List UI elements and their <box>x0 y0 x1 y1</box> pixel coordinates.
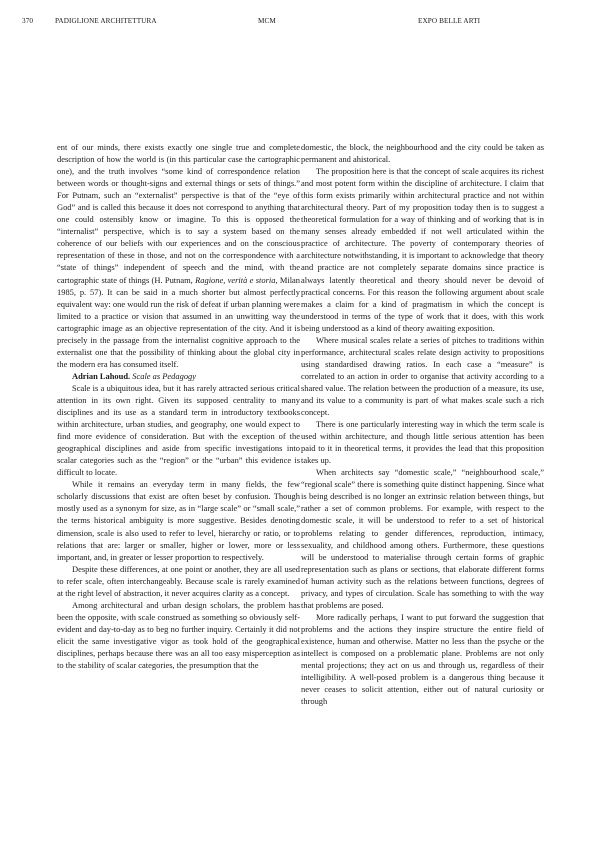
running-header: 370 PADIGLIONE ARCHITETTURA MCM EXPO BEL… <box>0 17 592 29</box>
paragraph: While it remains an everyday term in man… <box>57 478 300 562</box>
essay-title: Scale as Pedagogy <box>132 371 196 381</box>
paragraph: Among architectural and urban design sch… <box>57 599 300 671</box>
header-right-title: EXPO BELLE ARTI <box>418 17 480 25</box>
paragraph-text: ent of our minds, there exists exactly o… <box>57 142 300 285</box>
paragraph: There is one particularly interesting wa… <box>301 418 544 466</box>
paragraph: When architects say “domestic scale,” “n… <box>301 466 544 611</box>
page-number: 370 <box>22 17 33 25</box>
paragraph: Where musical scales relate a series of … <box>301 334 544 418</box>
header-section-title: PADIGLIONE ARCHITETTURA <box>55 17 157 25</box>
paragraph-putnam-continuation: ent of our minds, there exists exactly o… <box>57 141 300 370</box>
paragraph: Scale is a ubiquitous idea, but it has r… <box>57 382 300 478</box>
left-column: ent of our minds, there exists exactly o… <box>57 141 300 671</box>
paragraph: More radically perhaps, I want to put fo… <box>301 611 544 707</box>
paragraph: domestic, the block, the neighbourhood a… <box>301 141 544 165</box>
essay-heading: Adrian Lahoud. Scale as Pedagogy <box>57 370 300 382</box>
citation-title: Ragione, verità e storia <box>195 275 275 285</box>
essay-author: Adrian Lahoud. <box>72 371 130 381</box>
paragraph-text: , Milan 1985, p. 57). It can be said in … <box>57 275 300 369</box>
header-center-title: MCM <box>258 17 276 25</box>
right-column: domestic, the block, the neighbourhood a… <box>301 141 544 707</box>
paragraph: The proposition here is that the concept… <box>301 165 544 334</box>
paragraph: Despite these differences, at one point … <box>57 563 300 599</box>
